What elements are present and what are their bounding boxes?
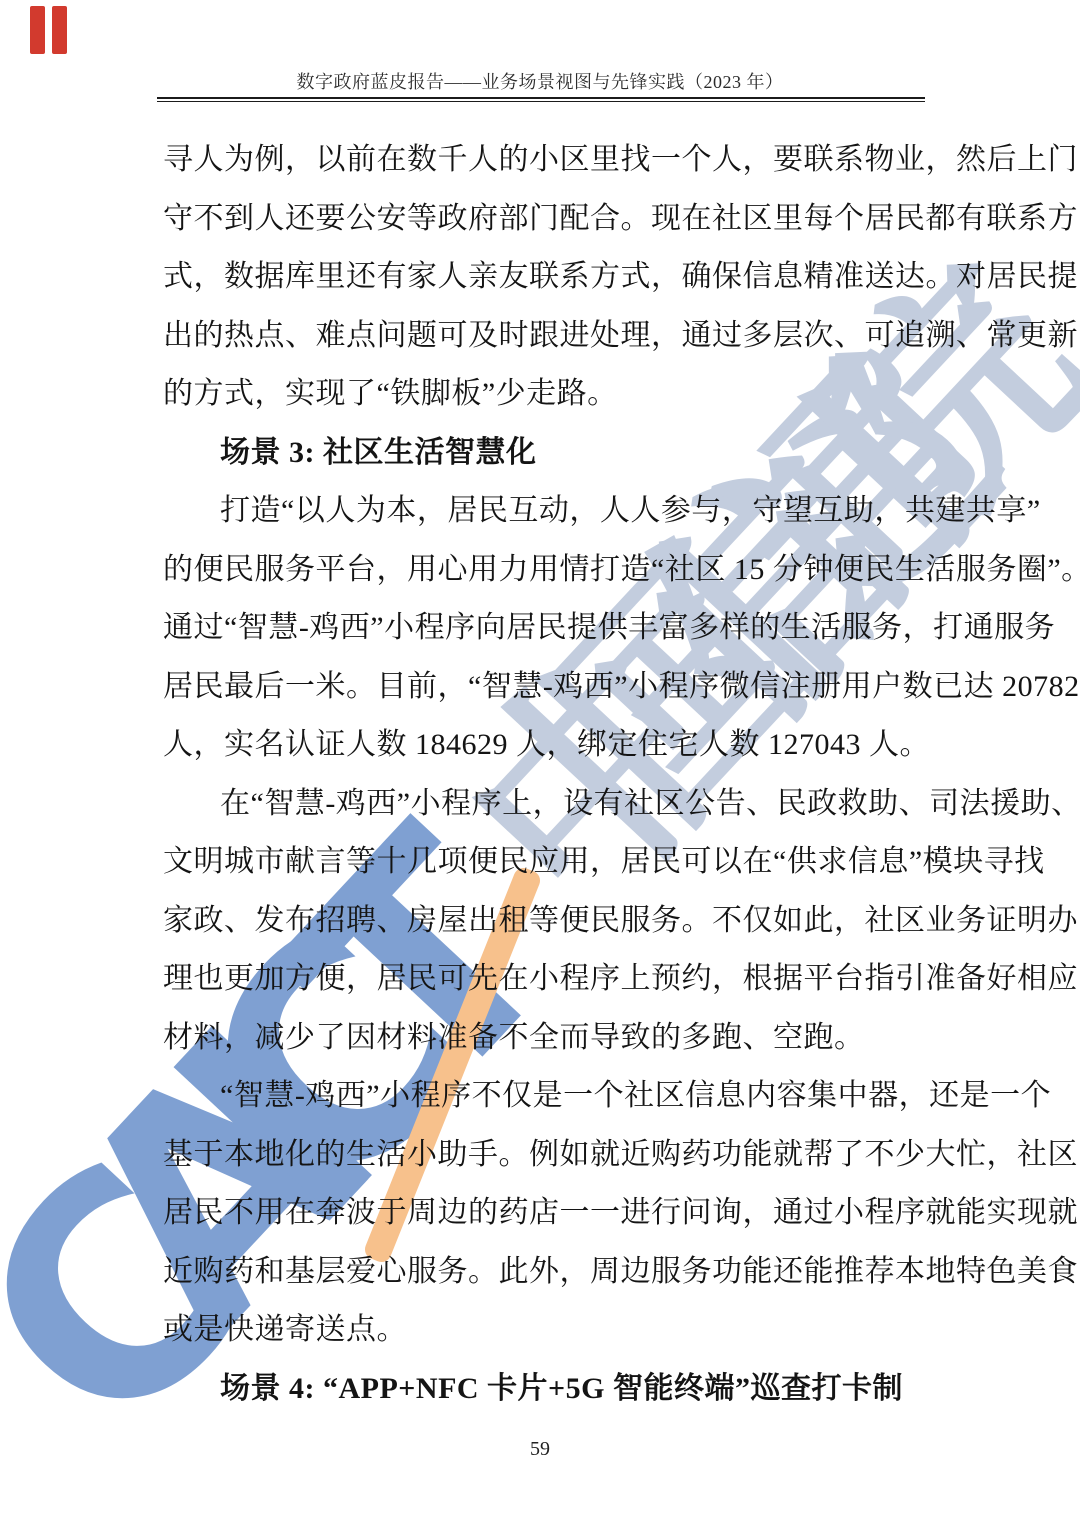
red-bar (52, 6, 67, 54)
text-line: 出的热点、难点问题可及时跟进处理，通过多层次、可追溯、常更新 (163, 307, 925, 366)
text-line: 理也更加方便，居民可先在小程序上预约，根据平台指引准备好相应 (163, 950, 925, 1009)
document-page: CAICT 中国信通院 数字政府蓝皮报告——业务场景视图与先锋实践（2023 年… (0, 0, 1080, 1527)
text-line: 家政、发布招聘、房屋出租等便民服务。不仅如此，社区业务证明办 (163, 892, 925, 951)
text-line: 或是快递寄送点。 (163, 1301, 925, 1360)
header-title: 数字政府蓝皮报告——业务场景视图与先锋实践（2023 年） (0, 68, 1080, 94)
section-heading: 场景 4: “APP+NFC 卡片+5G 智能终端”巡查打卡制 (163, 1360, 925, 1419)
red-bookmark-bars (30, 6, 67, 54)
text-line: 的便民服务平台，用心用力用情打造“社区 15 分钟便民生活服务圈”。 (163, 541, 925, 600)
text-line: “智慧-鸡西”小程序不仅是一个社区信息内容集中器，还是一个 (163, 1067, 925, 1126)
text-line: 在“智慧-鸡西”小程序上，设有社区公告、民政救助、司法援助、 (163, 775, 925, 834)
header-rule (157, 97, 925, 102)
body-text: 寻人为例，以前在数千人的小区里找一个人，要联系物业，然后上门，守不到人还要公安等… (163, 131, 925, 1418)
text-line: 守不到人还要公安等政府部门配合。现在社区里每个居民都有联系方 (163, 190, 925, 249)
text-line: 近购药和基层爱心服务。此外，周边服务功能还能推荐本地特色美食 (163, 1243, 925, 1302)
text-line: 基于本地化的生活小助手。例如就近购药功能就帮了不少大忙，社区 (163, 1126, 925, 1185)
text-line: 寻人为例，以前在数千人的小区里找一个人，要联系物业，然后上门， (163, 131, 925, 190)
text-line: 材料，减少了因材料准备不全而导致的多跑、空跑。 (163, 1009, 925, 1068)
text-line: 居民不用在奔波于周边的药店一一进行问询，通过小程序就能实现就 (163, 1184, 925, 1243)
section-heading: 场景 3: 社区生活智慧化 (163, 424, 925, 483)
red-bar (30, 6, 45, 54)
text-line: 居民最后一米。目前，“智慧-鸡西”小程序微信注册用户数已达 207824 (163, 658, 925, 717)
text-line: 打造“以人为本，居民互动，人人参与，守望互助，共建共享” (163, 482, 925, 541)
text-line: 式，数据库里还有家人亲友联系方式，确保信息精准送达。对居民提 (163, 248, 925, 307)
page-number: 59 (0, 1438, 1080, 1461)
text-line: 文明城市献言等十几项便民应用，居民可以在“供求信息”模块寻找 (163, 833, 925, 892)
text-line: 的方式，实现了“铁脚板”少走路。 (163, 365, 925, 424)
text-line: 人，实名认证人数 184629 人，绑定住宅人数 127043 人。 (163, 716, 925, 775)
text-line: 通过“智慧-鸡西”小程序向居民提供丰富多样的生活服务，打通服务 (163, 599, 925, 658)
